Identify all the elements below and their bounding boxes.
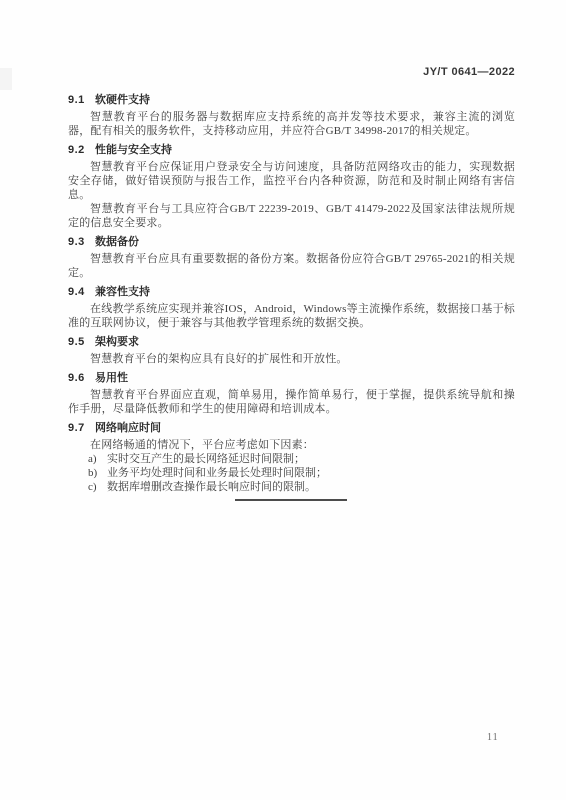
section-heading: 9.7网络响应时间 — [68, 421, 515, 435]
page-number: 11 — [487, 732, 499, 743]
section-number: 9.4 — [68, 285, 95, 299]
section-number: 9.2 — [68, 143, 95, 157]
section-9.6: 9.6易用性智慧教育平台界面应直观，简单易用，操作简单易行，便于掌握，提供系统导… — [68, 371, 515, 416]
section-number: 9.6 — [68, 371, 95, 385]
list-item-text: 业务平均处理时间和业务最长处理时间限制； — [107, 466, 515, 480]
section-title: 兼容性支持 — [95, 285, 150, 299]
list-item-marker: c) — [88, 480, 107, 494]
list-item: c)数据库增删改查操作最长响应时间的限制。 — [88, 480, 515, 494]
end-of-text-rule — [235, 499, 347, 501]
paragraph: 智慧教育平台界面应直观，简单易用，操作简单易行，便于掌握，提供系统导航和操作手册… — [68, 388, 515, 416]
document-body: 9.1软硬件支持智慧教育平台的服务器与数据库应支持系统的高并发等技术要求，兼容主… — [68, 77, 515, 494]
section-number: 9.7 — [68, 421, 95, 435]
document-page: JY/T 0641—2022 9.1软硬件支持智慧教育平台的服务器与数据库应支持… — [0, 0, 566, 800]
section-heading: 9.1软硬件支持 — [68, 93, 515, 107]
lettered-list: a)实时交互产生的最长网络延迟时间限制；b)业务平均处理时间和业务最长处理时间限… — [68, 452, 515, 494]
section-9.3: 9.3数据备份智慧教育平台应具有重要数据的备份方案。数据备份应符合GB/T 29… — [68, 235, 515, 280]
section-9.1: 9.1软硬件支持智慧教育平台的服务器与数据库应支持系统的高并发等技术要求，兼容主… — [68, 93, 515, 138]
section-9.2: 9.2性能与安全支持智慧教育平台应保证用户登录安全与访问速度，具备防范网络攻击的… — [68, 143, 515, 230]
section-heading: 9.6易用性 — [68, 371, 515, 385]
section-heading: 9.2性能与安全支持 — [68, 143, 515, 157]
list-item-text: 数据库增删改查操作最长响应时间的限制。 — [107, 480, 515, 494]
paragraph: 在线教学系统应实现并兼容IOS，Android，Windows等主流操作系统，数… — [68, 302, 515, 330]
section-number: 9.3 — [68, 235, 95, 249]
section-title: 数据备份 — [95, 235, 139, 249]
section-title: 性能与安全支持 — [95, 143, 172, 157]
section-9.7: 9.7网络响应时间在网络畅通的情况下，平台应考虑如下因素：a)实时交互产生的最长… — [68, 421, 515, 494]
section-9.4: 9.4兼容性支持在线教学系统应实现并兼容IOS，Android，Windows等… — [68, 285, 515, 330]
section-heading: 9.5架构要求 — [68, 335, 515, 349]
list-item: b)业务平均处理时间和业务最长处理时间限制； — [88, 466, 515, 480]
paragraph: 在网络畅通的情况下，平台应考虑如下因素： — [68, 438, 515, 452]
section-number: 9.5 — [68, 335, 95, 349]
paragraph: 智慧教育平台应具有重要数据的备份方案。数据备份应符合GB/T 29765-202… — [68, 252, 515, 280]
section-heading: 9.3数据备份 — [68, 235, 515, 249]
list-item-marker: a) — [88, 452, 107, 466]
paragraph: 智慧教育平台与工具应符合GB/T 22239-2019、GB/T 41479-2… — [68, 202, 515, 230]
section-title: 架构要求 — [95, 335, 139, 349]
section-number: 9.1 — [68, 93, 95, 107]
paragraph: 智慧教育平台应保证用户登录安全与访问速度，具备防范网络攻击的能力，实现数据安全存… — [68, 160, 515, 202]
list-item: a)实时交互产生的最长网络延迟时间限制； — [88, 452, 515, 466]
scan-artifact — [0, 68, 12, 90]
paragraph: 智慧教育平台的架构应具有良好的扩展性和开放性。 — [68, 352, 515, 366]
list-item-text: 实时交互产生的最长网络延迟时间限制； — [107, 452, 515, 466]
section-9.5: 9.5架构要求智慧教育平台的架构应具有良好的扩展性和开放性。 — [68, 335, 515, 366]
section-heading: 9.4兼容性支持 — [68, 285, 515, 299]
list-item-marker: b) — [88, 466, 107, 480]
section-title: 易用性 — [95, 371, 128, 385]
paragraph: 智慧教育平台的服务器与数据库应支持系统的高并发等技术要求，兼容主流的浏览器，配有… — [68, 110, 515, 138]
section-title: 网络响应时间 — [95, 421, 161, 435]
section-title: 软硬件支持 — [95, 93, 150, 107]
